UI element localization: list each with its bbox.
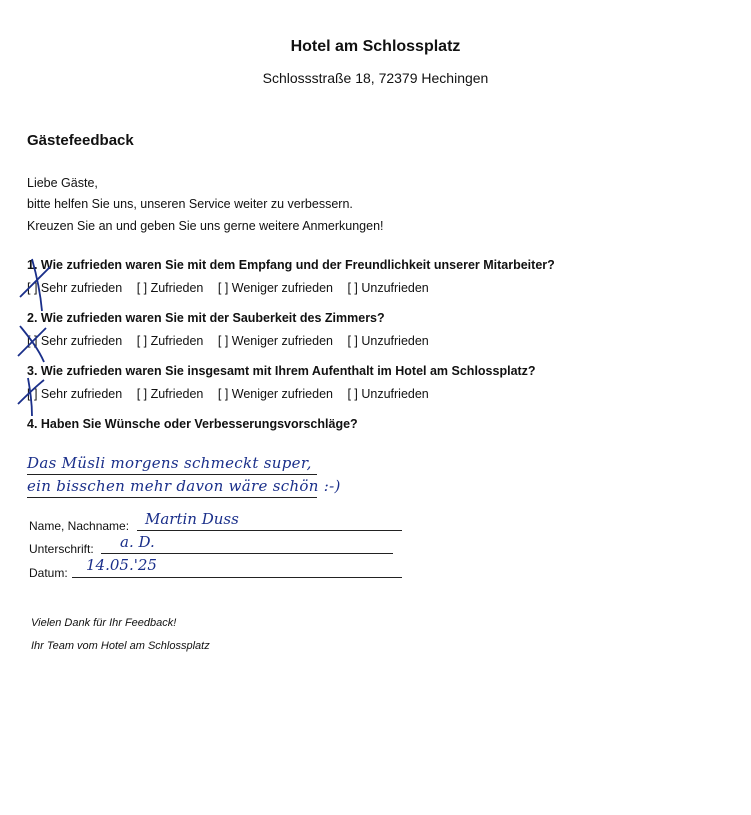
name-underline xyxy=(137,530,402,531)
question-3-options: [ ] Sehr zufrieden [ ] Zufrieden [ ] Wen… xyxy=(27,387,440,401)
signature-field[interactable]: a. D. xyxy=(120,533,155,551)
signature-label: Unterschrift: xyxy=(29,542,94,556)
option-zufrieden[interactable]: [ ] Zufrieden xyxy=(137,387,204,401)
check-mark-icon xyxy=(14,255,54,315)
check-mark-icon xyxy=(14,374,54,419)
comment-line-2[interactable]: ein bisschen mehr davon wäre schön :-) xyxy=(27,477,341,495)
date-field[interactable]: 14.05.'25 xyxy=(86,556,157,574)
comment-line-1[interactable]: Das Müsli morgens schmeckt super, xyxy=(27,454,312,472)
question-2-options: [ ] Sehr zufrieden [ ] Zufrieden [ ] Wen… xyxy=(27,334,440,348)
footer-thanks: Vielen Dank für Ihr Feedback! xyxy=(31,617,176,629)
footer-signoff: Ihr Team vom Hotel am Schlossplatz xyxy=(31,640,210,652)
option-zufrieden[interactable]: [ ] Zufrieden xyxy=(137,334,204,348)
hotel-title: Hotel am Schlossplatz xyxy=(0,38,751,56)
intro-line-2: bitte helfen Sie uns, unseren Service we… xyxy=(27,197,353,211)
option-unzufrieden[interactable]: [ ] Unzufrieden xyxy=(347,387,428,401)
question-4: 4. Haben Sie Wünsche oder Verbesserungsv… xyxy=(27,417,358,431)
option-unzufrieden[interactable]: [ ] Unzufrieden xyxy=(347,281,428,295)
question-2: 2. Wie zufrieden waren Sie mit der Saube… xyxy=(27,311,385,325)
option-zufrieden[interactable]: [ ] Zufrieden xyxy=(137,281,204,295)
signature-underline xyxy=(101,553,393,554)
option-unzufrieden[interactable]: [ ] Unzufrieden xyxy=(347,334,428,348)
form-heading: Gästefeedback xyxy=(27,132,134,149)
comment-underline-2 xyxy=(27,497,317,498)
date-label: Datum: xyxy=(29,566,68,580)
intro-greeting: Liebe Gäste, xyxy=(27,176,98,190)
question-1: 1. Wie zufrieden waren Sie mit dem Empfa… xyxy=(27,258,555,272)
question-1-options: [ ] Sehr zufrieden [ ] Zufrieden [ ] Wen… xyxy=(27,281,440,295)
option-weniger-zufrieden[interactable]: [ ] Weniger zufrieden xyxy=(218,334,333,348)
name-label: Name, Nachname: xyxy=(29,519,129,533)
hotel-address: Schlossstraße 18, 72379 Hechingen xyxy=(0,70,751,86)
comment-underline-1 xyxy=(27,474,317,475)
option-weniger-zufrieden[interactable]: [ ] Weniger zufrieden xyxy=(218,387,333,401)
name-field[interactable]: Martin Duss xyxy=(145,510,239,528)
check-mark-icon xyxy=(14,320,54,365)
intro-line-3: Kreuzen Sie an und geben Sie uns gerne w… xyxy=(27,219,384,233)
option-weniger-zufrieden[interactable]: [ ] Weniger zufrieden xyxy=(218,281,333,295)
date-underline xyxy=(72,577,402,578)
question-3: 3. Wie zufrieden waren Sie insgesamt mit… xyxy=(27,364,536,378)
